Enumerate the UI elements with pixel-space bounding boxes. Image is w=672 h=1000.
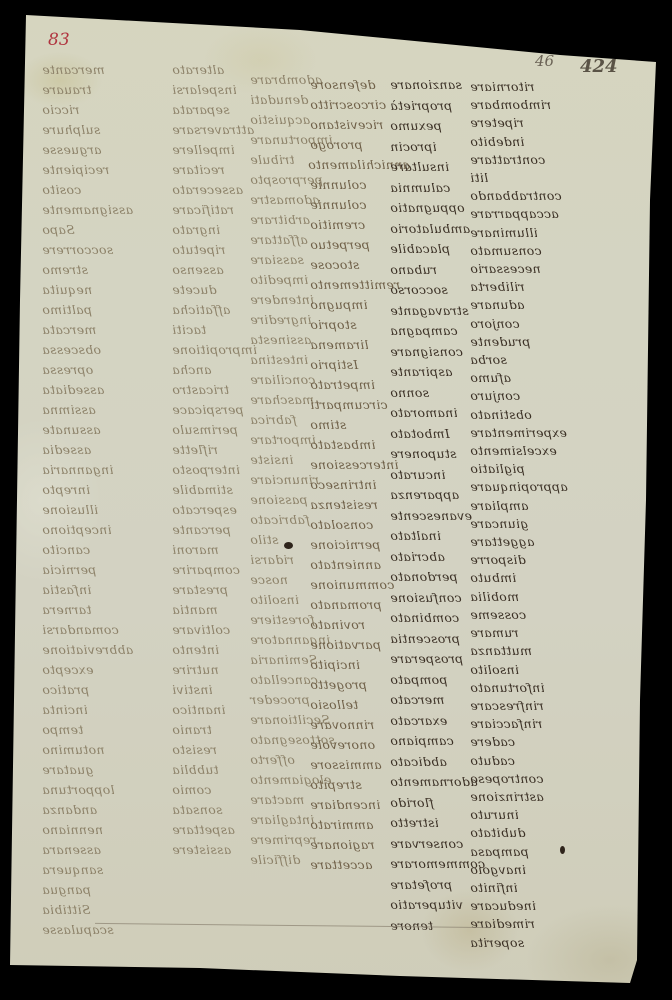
handwritten-word: recipiente: [42, 160, 162, 180]
ink-blot: [284, 542, 293, 549]
handwritten-word: inuruto: [470, 806, 645, 824]
handwritten-word: ampliare: [470, 497, 645, 515]
handwritten-word: illuminare: [470, 224, 645, 242]
handwritten-word: andanza: [42, 800, 162, 820]
handwritten-word: incinta: [42, 700, 162, 720]
handwritten-word: cosseme: [470, 606, 645, 624]
handwritten-word: soperita: [470, 934, 645, 952]
handwritten-word: cadere: [470, 733, 645, 751]
handwritten-word: accapparrare: [470, 205, 645, 223]
handwritten-word: assimna: [42, 400, 162, 420]
handwritten-word: notumino: [42, 740, 162, 760]
handwritten-word: conjuro: [470, 387, 645, 405]
handwritten-word: contrattare: [470, 151, 645, 169]
handwritten-word: inavgoio: [470, 861, 645, 879]
handwritten-word: tarnera: [42, 600, 162, 620]
handwritten-word: rimediare: [470, 915, 645, 933]
handwritten-word: rinfacciare: [470, 715, 645, 733]
handwritten-word: inrepto: [42, 480, 162, 500]
handwritten-word: infortunato: [470, 679, 645, 697]
handwritten-word: ripetere: [470, 114, 645, 132]
handwritten-word: excepto: [42, 660, 162, 680]
handwritten-word: nenniano: [42, 820, 162, 840]
handwritten-word: dubitato: [470, 824, 645, 842]
handwritten-word: mercante: [42, 60, 162, 80]
handwritten-word: experimentare: [470, 424, 645, 442]
handwritten-word: assunate: [42, 420, 162, 440]
handwritten-word: assedia: [42, 440, 162, 460]
handwritten-word: assignamente: [42, 200, 162, 220]
handwritten-word: afumo: [470, 369, 645, 387]
handwritten-word: lopportuna: [42, 780, 162, 800]
handwritten-word: assediata: [42, 380, 162, 400]
handwritten-word: liti: [470, 169, 645, 187]
handwritten-word: guatare: [42, 760, 162, 780]
handwritten-word: assenara: [42, 840, 162, 860]
handwritten-word: infastia: [42, 580, 162, 600]
handwritten-word: soccorrere: [42, 240, 162, 260]
handwritten-word: sulphure: [42, 120, 162, 140]
handwritten-word: rinfrescare: [470, 697, 645, 715]
handwritten-word: opressa: [42, 360, 162, 380]
handwritten-word: obscessa: [42, 340, 162, 360]
handwritten-word: rumare: [470, 624, 645, 642]
handwritten-word: pigliatio: [470, 460, 645, 478]
handwritten-word: nequita: [42, 280, 162, 300]
ink-blot: [560, 846, 565, 854]
handwritten-word: comandarsi: [42, 620, 162, 640]
handwritten-word: aggettare: [470, 533, 645, 551]
handwritten-word: Sittibia: [42, 900, 162, 920]
handwritten-word: contrabbando: [470, 187, 645, 205]
handwritten-word: conjoro: [470, 315, 645, 333]
handwritten-word: obstinato: [470, 406, 645, 424]
handwritten-word: tempo: [42, 720, 162, 740]
handwritten-word: rimbombare: [470, 96, 645, 114]
handwritten-word: pangua: [42, 880, 162, 900]
handwritten-word: illusione: [42, 500, 162, 520]
handwritten-word: ineducare: [470, 897, 645, 915]
word-column-6: ritorniarerimbombareripetereindebitocont…: [470, 78, 645, 952]
handwritten-word: Sapo: [42, 220, 162, 240]
handwritten-word: insolito: [470, 661, 645, 679]
handwritten-word: abbreviatione: [42, 640, 162, 660]
handwritten-word: riliberta: [470, 278, 645, 296]
handwritten-word: mercata: [42, 320, 162, 340]
handwritten-word: infinito: [470, 879, 645, 897]
handwritten-word: trauare: [42, 80, 162, 100]
word-column-1: mercantetrauarericciosulphurearguesserec…: [42, 60, 162, 940]
folio-number-ink: 424: [580, 56, 618, 77]
handwritten-word: cosito: [42, 180, 162, 200]
handwritten-word: mobilia: [470, 588, 645, 606]
handwritten-word: excelsimento: [470, 442, 645, 460]
handwritten-word: pampasa: [470, 843, 645, 861]
handwritten-word: riccio: [42, 100, 162, 120]
folio-number-red: 83: [48, 30, 70, 50]
handwritten-word: astrinzione: [470, 788, 645, 806]
handwritten-word: caduto: [470, 752, 645, 770]
handwritten-word: cancito: [42, 540, 162, 560]
handwritten-word: ritorniare: [470, 78, 645, 96]
handwritten-word: consumato: [470, 242, 645, 260]
handwritten-word: giuncare: [470, 515, 645, 533]
handwritten-word: sanquera: [42, 860, 162, 880]
handwritten-word: disporre: [470, 551, 645, 569]
handwritten-word: pratico: [42, 680, 162, 700]
handwritten-word: necessario: [470, 260, 645, 278]
handwritten-word: muttanza: [470, 642, 645, 660]
handwritten-word: prudente: [470, 333, 645, 351]
handwritten-word: ingannaria: [42, 460, 162, 480]
handwritten-word: indebito: [470, 133, 645, 151]
handwritten-word: appropinquare: [470, 478, 645, 496]
handwritten-word: contropeso: [470, 770, 645, 788]
handwritten-word: pernicia: [42, 560, 162, 580]
handwritten-word: inceptiono: [42, 520, 162, 540]
handwritten-word: sorba: [470, 351, 645, 369]
handwritten-word: imbuto: [470, 569, 645, 587]
handwritten-word: adunare: [470, 296, 645, 314]
handwritten-word: paltimo: [42, 300, 162, 320]
folio-number-pencil: 46: [535, 52, 554, 70]
handwritten-word: stremo: [42, 260, 162, 280]
handwritten-word: arguesse: [42, 140, 162, 160]
